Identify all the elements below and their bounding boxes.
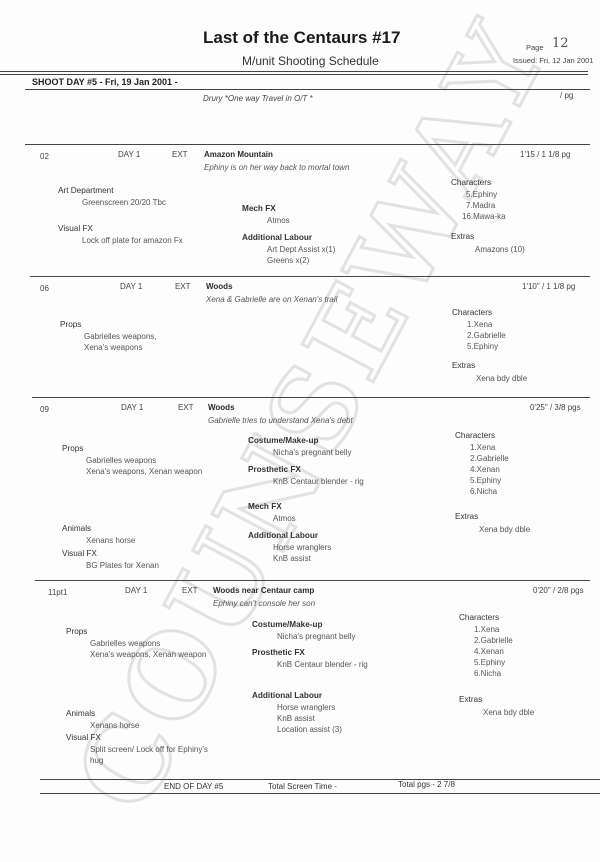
character-item: 5.Ephiny	[474, 657, 505, 668]
characters-heading: Characters	[452, 308, 492, 317]
scene-rule	[35, 580, 590, 581]
scene-description: Ephiny can't console her son	[213, 599, 315, 608]
department-item: Gabrielles weapons,	[84, 331, 156, 342]
scene-location: Woods	[208, 403, 235, 412]
extras-item: Xena bdy dble	[483, 707, 534, 718]
character-item: 6.Nicha	[470, 486, 497, 497]
shoot-day-label: SHOOT DAY #5 - Fri, 19 Jan 2001 -	[32, 77, 178, 87]
department-heading: Visual FX	[66, 733, 101, 742]
department-item: Lock off plate for amazon Fx	[82, 235, 183, 246]
header-rule-top	[0, 71, 588, 72]
extras-heading: Extras	[459, 695, 482, 704]
character-item: 5.Ephiny	[470, 475, 501, 486]
scene-day: DAY 1	[118, 150, 140, 159]
department-heading: Props	[60, 320, 81, 329]
department-item: Gabrielles weapons	[90, 638, 160, 649]
scene-description: Xena & Gabrielle are on Xenan's trail	[206, 295, 337, 304]
total-screen-time: Total Screen Time -	[268, 782, 337, 791]
department-heading: Additional Labour	[248, 531, 318, 540]
page-label: Page	[526, 43, 544, 52]
department-heading: Prosthetic FX	[248, 465, 301, 474]
scene-description: Gabrielle tries to understand Xena's deb…	[208, 416, 353, 425]
extras-item: Amazons (10)	[475, 244, 525, 255]
department-heading: Props	[62, 444, 83, 453]
department-heading: Costume/Make-up	[252, 620, 323, 629]
character-item: 5.Ephiny	[467, 341, 498, 352]
department-item: KnB assist	[277, 713, 315, 724]
scene-rule	[30, 276, 590, 277]
department-heading: Costume/Make-up	[248, 436, 319, 445]
issued-date: Issued: Fri, 12 Jan 2001	[513, 56, 593, 65]
character-item: 16.Mawa-ka	[462, 211, 506, 222]
page-number: 12	[552, 36, 569, 51]
scene-location: Woods near Centaur camp	[213, 586, 314, 595]
department-item: Xena's weapons, Xenan weapon	[90, 649, 206, 660]
scene-number: 06	[40, 284, 49, 293]
extras-item: Xena bdy dble	[479, 524, 530, 535]
scene-number: 11pt1	[48, 588, 67, 597]
department-heading: Art Department	[58, 186, 114, 195]
scene-location: Woods	[206, 282, 233, 291]
character-item: 2.Gabrielle	[470, 453, 509, 464]
department-item: Atmos	[273, 513, 296, 524]
extras-heading: Extras	[451, 232, 474, 241]
department-item: KnB Centaur blender - rig	[277, 659, 368, 670]
department-item: Greens x(2)	[267, 255, 309, 266]
extras-heading: Extras	[455, 512, 478, 521]
department-heading: Mech FX	[242, 204, 276, 213]
scene-location: Amazon Mountain	[204, 150, 273, 159]
department-item: hug	[90, 755, 103, 766]
scene-number: 02	[40, 152, 49, 161]
department-item: Xenans horse	[86, 535, 135, 546]
department-item: Xena's weapons	[84, 342, 142, 353]
shoot-day-note: Drury *One way Travel in O/T *	[203, 94, 313, 103]
scene-description: Ephiny is on her way back to mortal town	[204, 163, 349, 172]
department-item: Horse wranglers	[273, 542, 331, 553]
scene-int-ext: EXT	[172, 150, 188, 159]
scene-rule	[25, 144, 590, 145]
scene-day: DAY 1	[125, 586, 147, 595]
characters-heading: Characters	[455, 431, 495, 440]
scene-day: DAY 1	[120, 282, 142, 291]
shoot-day-rule	[25, 89, 590, 90]
department-item: Location assist (3)	[277, 724, 342, 735]
footer-rule-bottom	[40, 793, 600, 794]
department-heading: Additional Labour	[242, 233, 312, 242]
characters-heading: Characters	[451, 178, 491, 187]
scene-number: 09	[40, 405, 49, 414]
character-item: 2.Gabrielle	[467, 330, 506, 341]
character-item: 1.Xena	[470, 442, 495, 453]
department-item: Atmos	[267, 215, 290, 226]
scene-timing: 1'10" / 1 1/8 pg	[522, 282, 575, 291]
scene-timing: 1'15 / 1 1/8 pg	[520, 150, 570, 159]
footer-rule-top	[40, 779, 600, 780]
department-heading: Prosthetic FX	[252, 648, 305, 657]
scene-day: DAY 1	[121, 403, 143, 412]
department-heading: Props	[66, 627, 87, 636]
document-title: Last of the Centaurs #17	[203, 28, 400, 48]
department-item: Xena's weapons, Xenan weapon	[86, 466, 202, 477]
scene-int-ext: EXT	[182, 586, 198, 595]
department-item: KnB Centaur blender - rig	[273, 476, 364, 487]
character-item: 1.Xena	[467, 319, 492, 330]
department-item: Nicha's pregnant belly	[277, 631, 355, 642]
department-item: Gabrielles weapons	[86, 455, 156, 466]
department-heading: Mech FX	[248, 502, 282, 511]
header-rule-double	[0, 74, 588, 75]
extras-item: Xena bdy dble	[476, 373, 527, 384]
department-heading: Additional Labour	[252, 691, 322, 700]
characters-heading: Characters	[459, 613, 499, 622]
department-heading: Animals	[62, 524, 91, 533]
extras-heading: Extras	[452, 361, 475, 370]
total-pages: Total pgs - 2 7/8	[398, 780, 455, 789]
character-item: 1.Xena	[474, 624, 499, 635]
character-item: 4.Xenan	[474, 646, 504, 657]
department-heading: Visual FX	[62, 549, 97, 558]
scene-timing: 0'25" / 3/8 pgs	[530, 403, 581, 412]
department-heading: Visual FX	[58, 224, 93, 233]
shoot-day-note-pages: / pg	[560, 91, 573, 100]
character-item: 4.Xenan	[470, 464, 500, 475]
character-item: 6.Nicha	[474, 668, 501, 679]
department-heading: Animals	[66, 709, 95, 718]
department-item: Split screen/ Lock off for Ephiny's	[90, 744, 208, 755]
department-item: Horse wranglers	[277, 702, 335, 713]
scene-timing: 0'20" / 2/8 pgs	[533, 586, 584, 595]
scene-int-ext: EXT	[175, 282, 191, 291]
character-item: 5.Ephiny	[466, 189, 497, 200]
department-item: Art Dept Assist x(1)	[267, 244, 335, 255]
character-item: 7.Madra	[466, 200, 495, 211]
scene-int-ext: EXT	[178, 403, 194, 412]
department-item: KnB assist	[273, 553, 311, 564]
document-subtitle: M/unit Shooting Schedule	[242, 54, 379, 68]
character-item: 2.Gabrielle	[474, 635, 513, 646]
department-item: Xenans horse	[90, 720, 139, 731]
department-item: Greenscreen 20/20 Tbc	[82, 197, 166, 208]
department-item: Nicha's pregnant belly	[273, 447, 351, 458]
end-of-day: END OF DAY #5	[164, 782, 223, 791]
scene-rule	[32, 397, 590, 398]
department-item: BG Plates for Xenan	[86, 560, 159, 571]
